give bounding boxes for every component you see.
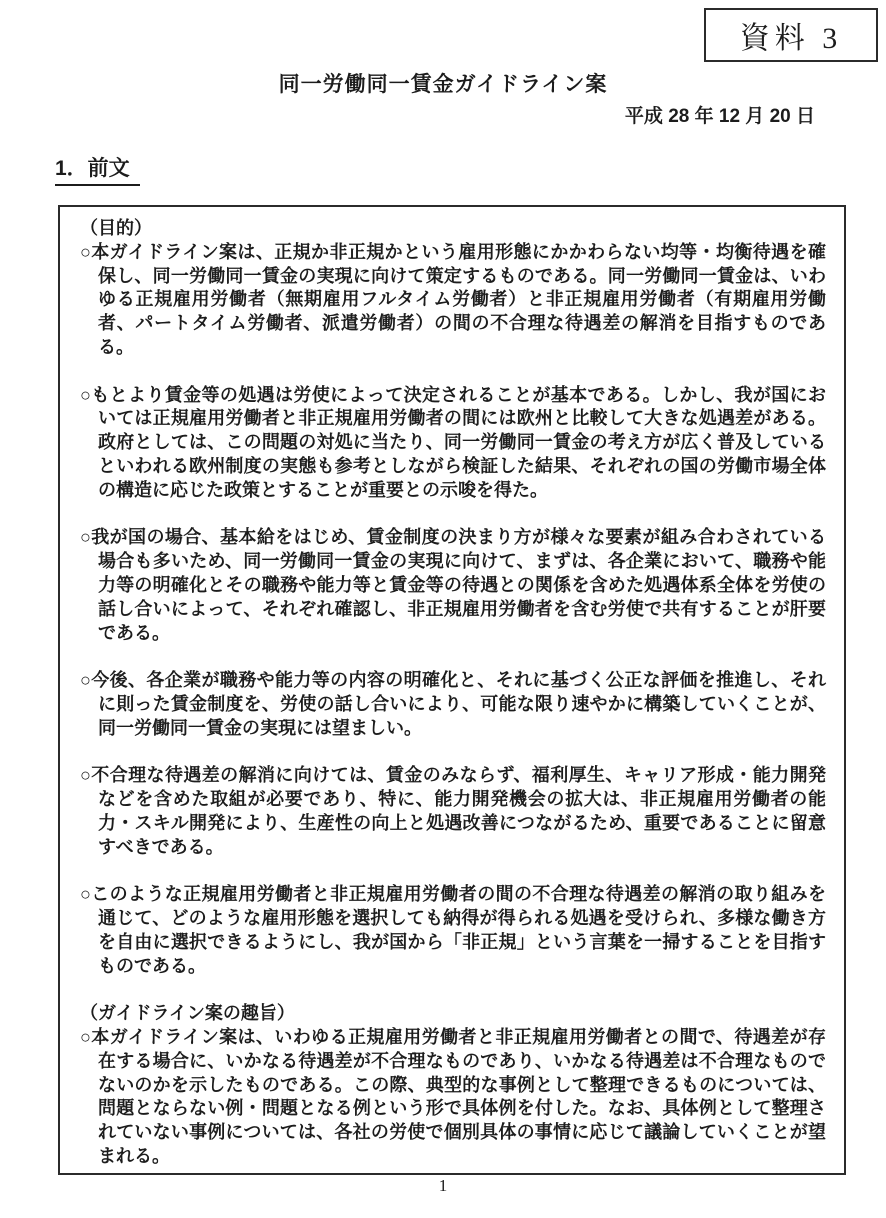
intent-label: （ガイドライン案の趣旨） [80, 1002, 826, 1026]
purpose-paragraph-5: ○不合理な待遇差の解消に向けては、賃金のみならず、福利厚生、キャリア形成・能力開… [80, 764, 826, 859]
section-heading-text: 1．前文 [55, 156, 140, 186]
purpose-group: （目的） ○本ガイドライン案は、正規か非正規かという雇用形態にかかわらない均等・… [80, 217, 826, 979]
doc-number-label: 資料 3 [740, 13, 843, 57]
page-number: 1 [0, 1176, 886, 1196]
intent-group: （ガイドライン案の趣旨） ○本ガイドライン案は、いわゆる正規雇用労働者と非正規雇… [80, 1002, 826, 1169]
document-date: 平成 28 年 12 月 20 日 [0, 98, 886, 129]
purpose-label: （目的） [80, 217, 826, 241]
preamble-box: （目的） ○本ガイドライン案は、正規か非正規かという雇用形態にかかわらない均等・… [58, 205, 846, 1175]
section-heading: 1．前文 [55, 156, 886, 186]
purpose-paragraph-4: ○今後、各企業が職務や能力等の内容の明確化と、それに基づく公正な評価を推進し、そ… [80, 669, 826, 740]
purpose-paragraph-1: ○本ガイドライン案は、正規か非正規かという雇用形態にかかわらない均等・均衡待遇を… [80, 241, 826, 360]
doc-number-box: 資料 3 [704, 8, 878, 62]
purpose-paragraph-3: ○我が国の場合、基本給をはじめ、賃金制度の決まり方が様々な要素が組み合わされてい… [80, 526, 826, 645]
purpose-paragraph-2: ○もとより賃金等の処遇は労使によって決定されることが基本である。しかし、我が国に… [80, 384, 826, 503]
purpose-paragraph-6: ○このような正規雇用労働者と非正規雇用労働者の間の不合理な待遇差の解消の取り組み… [80, 883, 826, 978]
intent-paragraph-1: ○本ガイドライン案は、いわゆる正規雇用労働者と非正規雇用労働者との間で、待遇差が… [80, 1026, 826, 1169]
document-page: 資料 3 同一労働同一賃金ガイドライン案 平成 28 年 12 月 20 日 1… [0, 0, 886, 1218]
